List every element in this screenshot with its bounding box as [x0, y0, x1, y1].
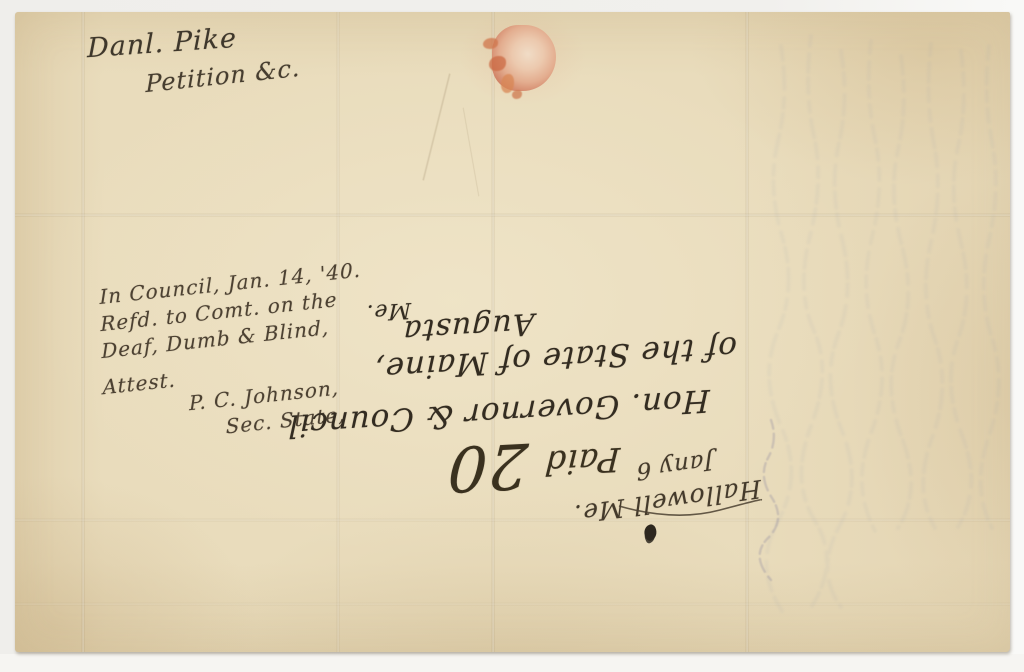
scan-background: Danl. Pike Petition &c. In Council, Jan.… [0, 0, 1024, 672]
fold-crease-vertical-left [81, 12, 85, 652]
fold-crease-vertical-right [745, 12, 749, 652]
wax-seal-fragment [512, 90, 522, 99]
wrinkle-near-seal [422, 73, 452, 180]
endorsement-subject: Petition &c. [145, 54, 301, 98]
address-line: Me. [341, 297, 412, 326]
endorsement-name: Danl. Pike [87, 23, 237, 65]
fold-crease-horizontal-bottom [15, 602, 1010, 606]
letter-address-panel: Danl. Pike Petition &c. In Council, Jan.… [15, 12, 1010, 652]
paid-amount: 20 [445, 435, 529, 499]
fold-crease-horizontal-lower [15, 518, 1010, 522]
fold-crease-horizontal-upper [15, 213, 1010, 217]
ink-blot [642, 523, 660, 542]
bleedthrough-writing [763, 16, 1013, 660]
wrinkle-near-seal-2 [462, 108, 480, 197]
address-block-inverted: Hon. Governor & Council of the State of … [338, 219, 748, 440]
